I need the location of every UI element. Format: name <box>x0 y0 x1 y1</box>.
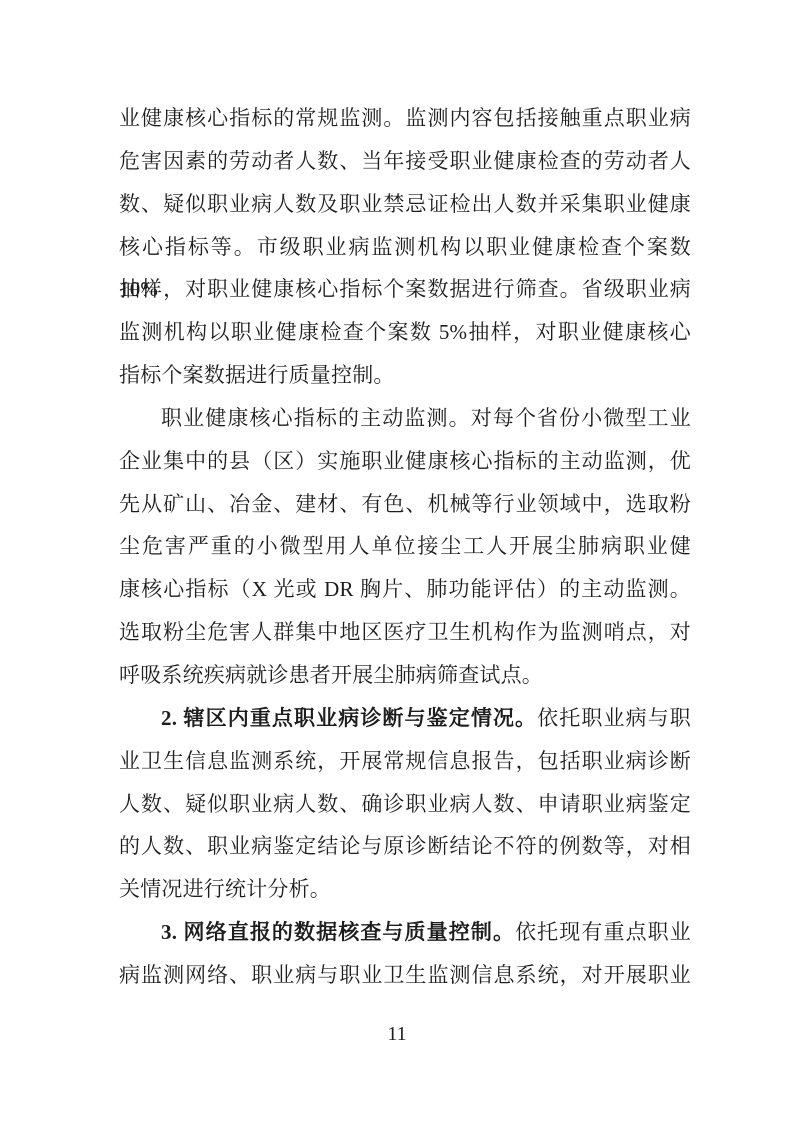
text-run: 业卫生信息监测系统，开展常规信息报告，包括职业病诊断 <box>119 749 691 773</box>
text-line: 3. 网络直报的数据核查与质量控制。依托现有重点职业 <box>119 911 691 954</box>
text-run: 指标个案数据进行质量控制。 <box>119 363 395 387</box>
text-line: 康核心指标（X 光或 DR 胸片、肺功能评估）的主动监测。 <box>119 568 691 611</box>
text-line: 关情况进行统计分析。 <box>119 868 691 911</box>
body-text: 业健康核心指标的常规监测。监测内容包括接触重点职业病危害因素的劳动者人数、当年接… <box>119 97 691 997</box>
document-page: 业健康核心指标的常规监测。监测内容包括接触重点职业病危害因素的劳动者人数、当年接… <box>0 0 794 1122</box>
text-line: 数、疑似职业病人数及职业禁忌证检出人数并采集职业健康 <box>119 183 691 226</box>
text-line: 业健康核心指标的常规监测。监测内容包括接触重点职业病 <box>119 97 691 140</box>
text-run-bold: 2. 辖区内重点职业病诊断与鉴定情况。 <box>161 706 537 730</box>
text-line: 先从矿山、冶金、建材、有色、机械等行业领域中，选取粉 <box>119 483 691 526</box>
page-number: 11 <box>0 1023 794 1046</box>
text-run: 关情况进行统计分析。 <box>119 877 331 901</box>
text-run: 业健康核心指标的常规监测。监测内容包括接触重点职业病 <box>119 106 691 130</box>
text-line: 指标个案数据进行质量控制。 <box>119 354 691 397</box>
text-line: 的人数、职业病鉴定结论与原诊断结论不符的例数等，对相 <box>119 825 691 868</box>
text-line: 选取粉尘危害人群集中地区医疗卫生机构作为监测哨点，对 <box>119 611 691 654</box>
text-line: 危害因素的劳动者人数、当年接受职业健康检查的劳动者人 <box>119 140 691 183</box>
text-run: 抽样，对职业健康核心指标个案数据进行筛查。省级职业病 <box>119 277 691 301</box>
text-line: 职业健康核心指标的主动监测。对每个省份小微型工业 <box>119 397 691 440</box>
text-run: 康核心指标（X 光或 DR 胸片、肺功能评估）的主动监测。 <box>119 577 691 601</box>
text-run: 依托现有重点职业 <box>515 920 691 944</box>
text-run: 呼吸系统疾病就诊患者开展尘肺病筛查试点。 <box>119 663 543 687</box>
text-line: 2. 辖区内重点职业病诊断与鉴定情况。依托职业病与职 <box>119 697 691 740</box>
text-line: 企业集中的县（区）实施职业健康核心指标的主动监测，优 <box>119 440 691 483</box>
text-run: 尘危害严重的小微型用人单位接尘工人开展尘肺病职业健 <box>119 534 691 558</box>
text-run: 依托职业病与职 <box>537 706 691 730</box>
text-run: 病监测网络、职业病与职业卫生监测信息系统，对开展职业 <box>119 963 691 987</box>
text-run: 职业健康核心指标的主动监测。对每个省份小微型工业 <box>161 406 691 430</box>
text-line: 呼吸系统疾病就诊患者开展尘肺病筛查试点。 <box>119 654 691 697</box>
text-run: 人数、疑似职业病人数、确诊职业病人数、申请职业病鉴定 <box>119 792 691 816</box>
text-run: 监测机构以职业健康检查个案数 5%抽样，对职业健康核心 <box>119 320 691 344</box>
text-line: 核心指标等。市级职业病监测机构以职业健康检查个案数 10% <box>119 226 691 269</box>
text-line: 监测机构以职业健康检查个案数 5%抽样，对职业健康核心 <box>119 311 691 354</box>
text-run: 选取粉尘危害人群集中地区医疗卫生机构作为监测哨点，对 <box>119 620 691 644</box>
text-line: 业卫生信息监测系统，开展常规信息报告，包括职业病诊断 <box>119 740 691 783</box>
text-run: 数、疑似职业病人数及职业禁忌证检出人数并采集职业健康 <box>119 192 691 216</box>
text-run: 的人数、职业病鉴定结论与原诊断结论不符的例数等，对相 <box>119 834 691 858</box>
text-run: 危害因素的劳动者人数、当年接受职业健康检查的劳动者人 <box>119 149 691 173</box>
text-line: 尘危害严重的小微型用人单位接尘工人开展尘肺病职业健 <box>119 525 691 568</box>
text-line: 人数、疑似职业病人数、确诊职业病人数、申请职业病鉴定 <box>119 783 691 826</box>
text-line: 抽样，对职业健康核心指标个案数据进行筛查。省级职业病 <box>119 268 691 311</box>
text-run: 先从矿山、冶金、建材、有色、机械等行业领域中，选取粉 <box>119 492 691 516</box>
text-run-bold: 3. 网络直报的数据核查与质量控制。 <box>161 920 515 944</box>
text-line: 病监测网络、职业病与职业卫生监测信息系统，对开展职业 <box>119 954 691 997</box>
text-run: 企业集中的县（区）实施职业健康核心指标的主动监测，优 <box>119 449 691 473</box>
